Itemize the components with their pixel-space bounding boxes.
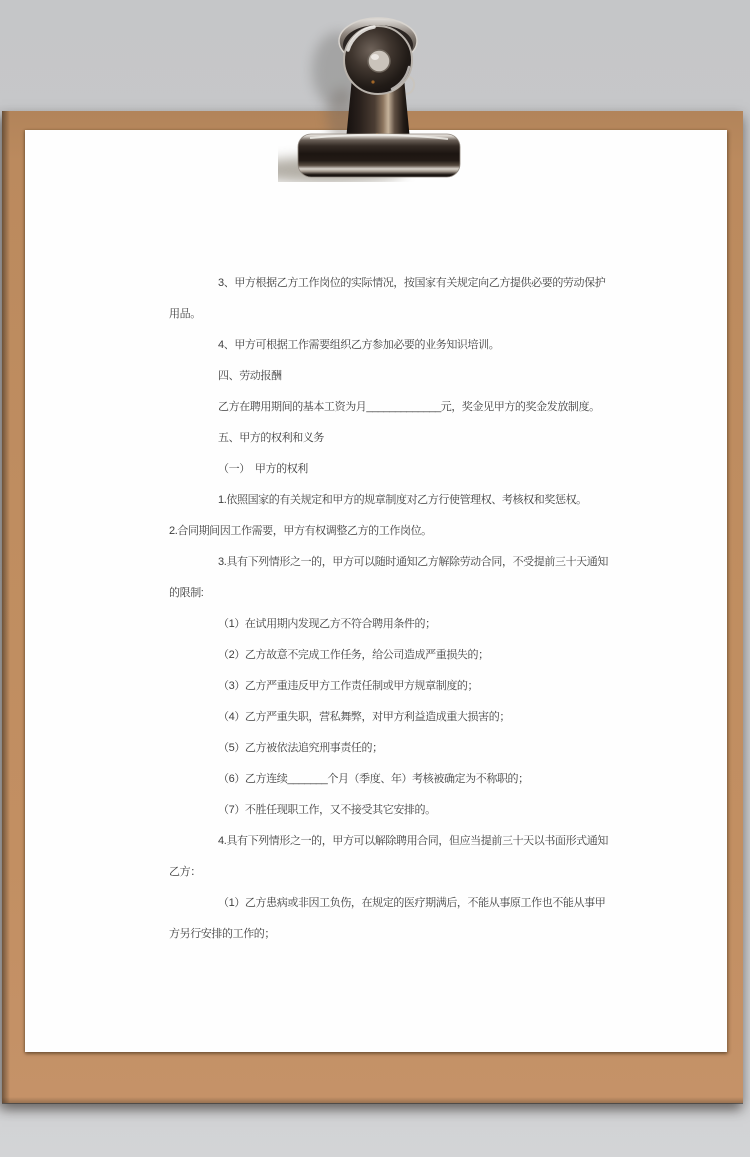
contract-line-2: 用品。 (169, 299, 644, 330)
contract-line-3: 4、甲方可根据工作需要组织乙方参加必要的业务知识培训。 (169, 330, 644, 361)
contract-line-22: 方另行安排的工作的； (169, 919, 644, 950)
photo-background: 3、甲方根据乙方工作岗位的实际情况，按国家有关规定向乙方提供必要的劳动保护用品。… (0, 0, 750, 1157)
contract-line-17: （6）乙方连续_______个月（季度、年）考核被确定为不称职的； (169, 764, 644, 795)
document-text-block: 3、甲方根据乙方工作岗位的实际情况，按国家有关规定向乙方提供必要的劳动保护用品。… (169, 268, 644, 950)
clip-ring-hole (368, 50, 390, 72)
contract-line-8: 1.依照国家的有关规定和甲方的规章制度对乙方行使管理权、考核权和奖惩权。 (169, 485, 644, 516)
document-paper: 3、甲方根据乙方工作岗位的实际情况，按国家有关规定向乙方提供必要的劳动保护用品。… (25, 130, 727, 1052)
contract-line-14: （3）乙方严重违反甲方工作责任制或甲方规章制度的； (169, 671, 644, 702)
contract-line-21: （1）乙方患病或非因工负伤，在规定的医疗期满后，不能从事原工作也不能从事甲 (169, 888, 644, 919)
contract-line-11: 的限制: (169, 578, 644, 609)
clip-speck-ring (371, 80, 374, 83)
contract-line-7: （一） 甲方的权利 (169, 454, 644, 485)
contract-line-20: 乙方： (169, 857, 644, 888)
clipboard-board: 3、甲方根据乙方工作岗位的实际情况，按国家有关规定向乙方提供必要的劳动保护用品。… (2, 111, 743, 1103)
contract-line-10: 3.具有下列情形之一的，甲方可以随时通知乙方解除劳动合同，不受提前三十天通知 (169, 547, 644, 578)
binder-clip (278, 12, 478, 182)
contract-line-13: （2）乙方故意不完成工作任务，给公司造成严重损失的； (169, 640, 644, 671)
contract-line-4: 四、劳动报酬 (169, 361, 644, 392)
contract-line-1: 3、甲方根据乙方工作岗位的实际情况，按国家有关规定向乙方提供必要的劳动保护 (169, 268, 644, 299)
contract-line-19: 4.具有下列情形之一的，甲方可以解除聘用合同，但应当提前三十天以书面形式通知 (169, 826, 644, 857)
contract-line-15: （4）乙方严重失职，营私舞弊，对甲方利益造成重大损害的； (169, 702, 644, 733)
contract-line-16: （5）乙方被依法追究刑事责任的； (169, 733, 644, 764)
contract-line-9: 2.合同期间因工作需要，甲方有权调整乙方的工作岗位。 (169, 516, 644, 547)
contract-line-6: 五、甲方的权利和义务 (169, 423, 644, 454)
contract-line-12: （1）在试用期内发现乙方不符合聘用条件的； (169, 609, 644, 640)
clip-hole-glint (371, 54, 379, 60)
contract-line-5: 乙方在聘用期间的基本工资为月_____________元，奖金见甲方的奖金发放制… (169, 392, 644, 423)
clip-bar (298, 134, 460, 177)
contract-line-18: （7）不胜任现职工作，又不接受其它安排的。 (169, 795, 644, 826)
